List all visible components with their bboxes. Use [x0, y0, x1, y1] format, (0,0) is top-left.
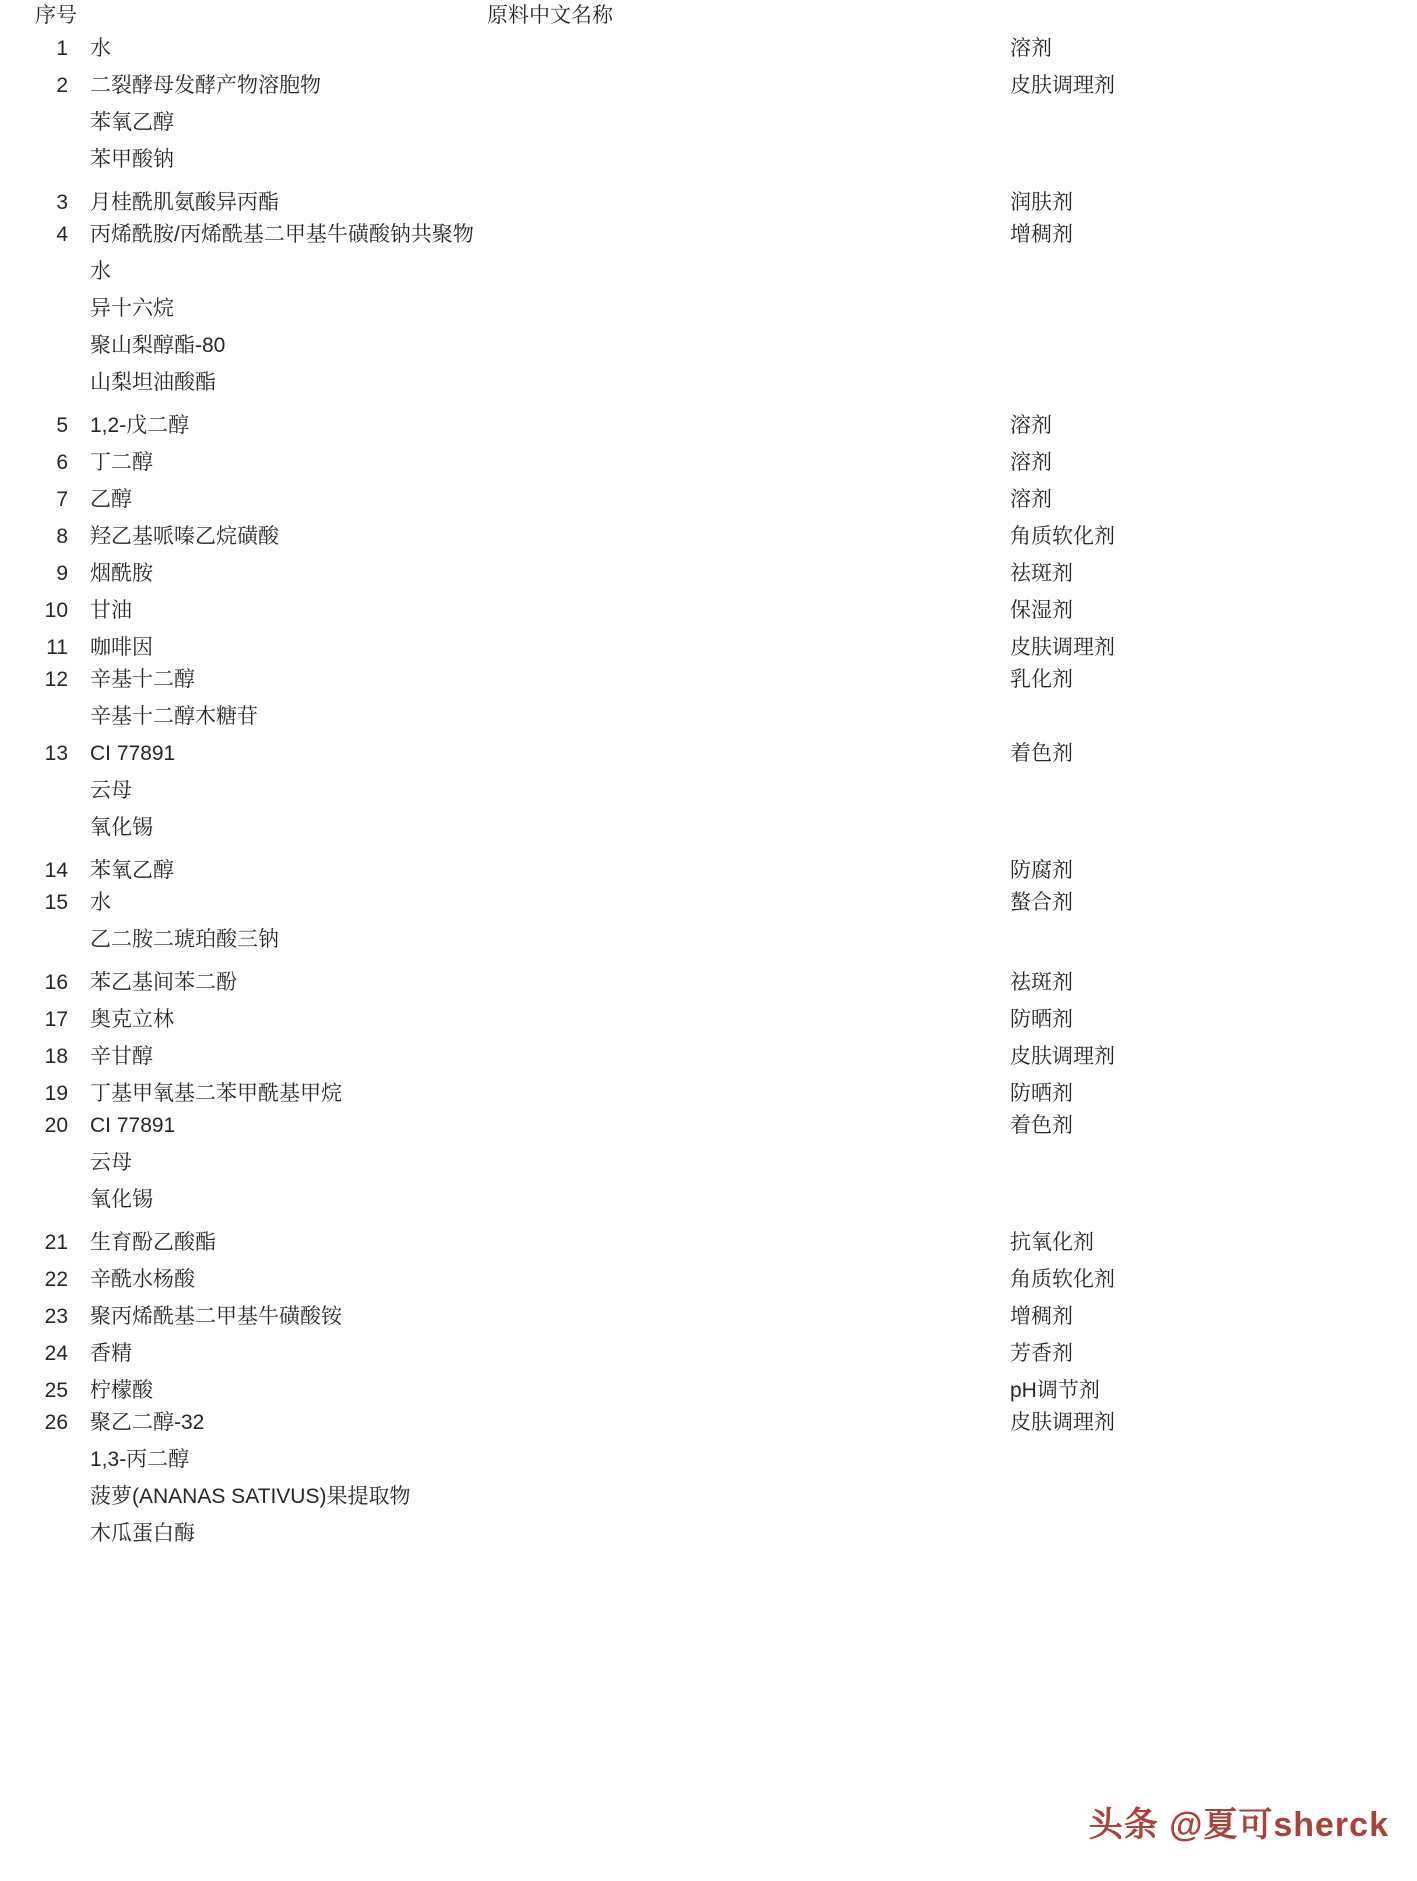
table-row: 8 羟乙基哌嗪乙烷磺酸 角质软化剂 — [0, 525, 1417, 549]
row-index — [0, 928, 68, 952]
table-row: 6 丁二醇 溶剂 — [0, 451, 1417, 475]
row-index: 18 — [0, 1045, 68, 1069]
ingredient-list-page: 序号 原料中文名称 1 水 溶剂 2 二裂酵母发酵产物溶胞物 皮肤调理剂 苯氧乙… — [0, 0, 1417, 1881]
ingredient-name: 苯甲酸钠 — [68, 148, 1010, 172]
function-label — [1010, 111, 1417, 135]
table-row: 山梨坦油酸酯 — [0, 371, 1417, 395]
function-label: 抗氧化剂 — [1010, 1231, 1417, 1255]
row-index — [0, 1188, 68, 1212]
table-row: 氧化锡 — [0, 816, 1417, 840]
table-row: 3 月桂酰肌氨酸异丙酯 润肤剂 — [0, 191, 1417, 215]
ingredient-name: CI 77891 — [68, 742, 1010, 766]
ingredient-name: 木瓜蛋白酶 — [68, 1522, 1010, 1546]
row-index — [0, 371, 68, 395]
ingredient-name: 甘油 — [68, 599, 1010, 623]
table-row: 乙二胺二琥珀酸三钠 — [0, 928, 1417, 952]
function-label: 溶剂 — [1010, 488, 1417, 512]
ingredient-name: 二裂酵母发酵产物溶胞物 — [68, 74, 1010, 98]
table-row: 14 苯氧乙醇 防腐剂 — [0, 859, 1417, 883]
function-label: 着色剂 — [1010, 742, 1417, 766]
row-index: 25 — [0, 1379, 68, 1403]
ingredient-name: 云母 — [68, 1151, 1010, 1175]
table-row: 辛基十二醇木糖苷 — [0, 705, 1417, 729]
row-index: 26 — [0, 1411, 68, 1435]
row-index: 5 — [0, 414, 68, 438]
ingredient-name: 乙醇 — [68, 488, 1010, 512]
ingredient-name: 云母 — [68, 779, 1010, 803]
row-index: 7 — [0, 488, 68, 512]
function-label: 祛斑剂 — [1010, 971, 1417, 995]
table-row: 水 — [0, 260, 1417, 284]
ingredient-name: 奥克立林 — [68, 1008, 1010, 1032]
row-index — [0, 1485, 68, 1509]
function-label: 溶剂 — [1010, 414, 1417, 438]
function-label — [1010, 1485, 1417, 1509]
ingredient-name: 烟酰胺 — [68, 562, 1010, 586]
table-row: 5 1,2-戊二醇 溶剂 — [0, 414, 1417, 438]
function-label: 乳化剂 — [1010, 668, 1417, 692]
table-row: 20 CI 77891 着色剂 — [0, 1114, 1417, 1138]
row-index — [0, 334, 68, 358]
function-label: 增稠剂 — [1010, 1305, 1417, 1329]
ingredient-name: 氧化锡 — [68, 1188, 1010, 1212]
function-label: 螯合剂 — [1010, 891, 1417, 915]
table-row: 16 苯乙基间苯二酚 祛斑剂 — [0, 971, 1417, 995]
table-row: 25 柠檬酸 pH调节剂 — [0, 1379, 1417, 1403]
row-index — [0, 779, 68, 803]
function-label: 皮肤调理剂 — [1010, 636, 1417, 660]
function-label: 芳香剂 — [1010, 1342, 1417, 1366]
table-row: 24 香精 芳香剂 — [0, 1342, 1417, 1366]
table-row: 19 丁基甲氧基二苯甲酰基甲烷 防晒剂 — [0, 1082, 1417, 1106]
table-row: 22 辛酰水杨酸 角质软化剂 — [0, 1268, 1417, 1292]
ingredient-name: CI 77891 — [68, 1114, 1010, 1138]
table-row: 苯氧乙醇 — [0, 111, 1417, 135]
row-index: 1 — [0, 37, 68, 61]
row-index — [0, 260, 68, 284]
ingredient-name: 乙二胺二琥珀酸三钠 — [68, 928, 1010, 952]
table-row: 12 辛基十二醇 乳化剂 — [0, 668, 1417, 692]
row-index: 4 — [0, 223, 68, 247]
table-row: 菠萝(ANANAS SATIVUS)果提取物 — [0, 1485, 1417, 1509]
table-row: 异十六烷 — [0, 297, 1417, 321]
ingredient-name: 咖啡因 — [68, 636, 1010, 660]
table-row: 23 聚丙烯酰基二甲基牛磺酸铵 增稠剂 — [0, 1305, 1417, 1329]
function-label — [1010, 371, 1417, 395]
function-label: 皮肤调理剂 — [1010, 1411, 1417, 1435]
row-index: 9 — [0, 562, 68, 586]
function-label: 皮肤调理剂 — [1010, 1045, 1417, 1069]
function-label — [1010, 260, 1417, 284]
ingredient-name: 丁二醇 — [68, 451, 1010, 475]
function-label: 皮肤调理剂 — [1010, 74, 1417, 98]
function-label: 角质软化剂 — [1010, 1268, 1417, 1292]
ingredient-name: 氧化锡 — [68, 816, 1010, 840]
function-label — [1010, 705, 1417, 729]
row-index — [0, 1448, 68, 1472]
ingredient-name: 柠檬酸 — [68, 1379, 1010, 1403]
row-index: 22 — [0, 1268, 68, 1292]
ingredient-name: 丁基甲氧基二苯甲酰基甲烷 — [68, 1082, 1010, 1106]
function-label: 保湿剂 — [1010, 599, 1417, 623]
function-label: 防腐剂 — [1010, 859, 1417, 883]
row-index — [0, 816, 68, 840]
table-row: 21 生育酚乙酸酯 抗氧化剂 — [0, 1231, 1417, 1255]
function-label — [1010, 1151, 1417, 1175]
row-index: 10 — [0, 599, 68, 623]
table-row: 1,3-丙二醇 — [0, 1448, 1417, 1472]
function-label: 祛斑剂 — [1010, 562, 1417, 586]
table-row: 聚山梨醇酯-80 — [0, 334, 1417, 358]
table-row: 1 水 溶剂 — [0, 37, 1417, 61]
function-label — [1010, 1448, 1417, 1472]
ingredient-name: 辛基十二醇木糖苷 — [68, 705, 1010, 729]
row-index: 11 — [0, 636, 68, 660]
row-index: 6 — [0, 451, 68, 475]
table-row: 18 辛甘醇 皮肤调理剂 — [0, 1045, 1417, 1069]
function-label: 润肤剂 — [1010, 191, 1417, 215]
table-row: 11 咖啡因 皮肤调理剂 — [0, 636, 1417, 660]
ingredient-name: 辛酰水杨酸 — [68, 1268, 1010, 1292]
toutiao-watermark: 头条 @夏可sherck — [1089, 1797, 1389, 1846]
table-row: 云母 — [0, 779, 1417, 803]
table-row: 苯甲酸钠 — [0, 148, 1417, 172]
function-label — [1010, 334, 1417, 358]
row-index — [0, 1522, 68, 1546]
ingredient-name: 山梨坦油酸酯 — [68, 371, 1010, 395]
function-label: 角质软化剂 — [1010, 525, 1417, 549]
ingredient-table-body: 1 水 溶剂 2 二裂酵母发酵产物溶胞物 皮肤调理剂 苯氧乙醇 苯甲酸钠 3 月… — [0, 37, 1417, 1546]
row-index — [0, 297, 68, 321]
ingredient-name: 生育酚乙酸酯 — [68, 1231, 1010, 1255]
ingredient-name: 香精 — [68, 1342, 1010, 1366]
ingredient-name: 羟乙基哌嗪乙烷磺酸 — [68, 525, 1010, 549]
row-index — [0, 1151, 68, 1175]
function-label: 防晒剂 — [1010, 1008, 1417, 1032]
function-label — [1010, 1522, 1417, 1546]
table-header-row: 序号 原料中文名称 — [0, 0, 1417, 28]
ingredient-name: 菠萝(ANANAS SATIVUS)果提取物 — [68, 1485, 1010, 1509]
row-index — [0, 111, 68, 135]
ingredient-name: 1,3-丙二醇 — [68, 1448, 1010, 1472]
row-index — [0, 705, 68, 729]
table-row: 4 丙烯酰胺/丙烯酰基二甲基牛磺酸钠共聚物 增稠剂 — [0, 223, 1417, 247]
row-index — [0, 148, 68, 172]
row-index: 16 — [0, 971, 68, 995]
col-header-index: 序号 — [35, 4, 77, 28]
table-row: 2 二裂酵母发酵产物溶胞物 皮肤调理剂 — [0, 74, 1417, 98]
row-index: 21 — [0, 1231, 68, 1255]
row-index: 15 — [0, 891, 68, 915]
table-row: 木瓜蛋白酶 — [0, 1522, 1417, 1546]
table-row: 氧化锡 — [0, 1188, 1417, 1212]
row-index: 19 — [0, 1082, 68, 1106]
ingredient-name: 苯氧乙醇 — [68, 859, 1010, 883]
function-label — [1010, 297, 1417, 321]
row-index: 17 — [0, 1008, 68, 1032]
row-index: 14 — [0, 859, 68, 883]
ingredient-name: 苯乙基间苯二酚 — [68, 971, 1010, 995]
ingredient-name: 月桂酰肌氨酸异丙酯 — [68, 191, 1010, 215]
row-index: 20 — [0, 1114, 68, 1138]
ingredient-name: 聚丙烯酰基二甲基牛磺酸铵 — [68, 1305, 1010, 1329]
table-row: 云母 — [0, 1151, 1417, 1175]
function-label — [1010, 148, 1417, 172]
row-index: 12 — [0, 668, 68, 692]
ingredient-name: 1,2-戊二醇 — [68, 414, 1010, 438]
table-row: 15 水 螯合剂 — [0, 891, 1417, 915]
function-label: 着色剂 — [1010, 1114, 1417, 1138]
col-header-ingredient-name: 原料中文名称 — [90, 4, 1010, 28]
row-index: 23 — [0, 1305, 68, 1329]
ingredient-name: 异十六烷 — [68, 297, 1010, 321]
table-row: 26 聚乙二醇-32 皮肤调理剂 — [0, 1411, 1417, 1435]
function-label: pH调节剂 — [1010, 1379, 1417, 1403]
ingredient-name: 聚山梨醇酯-80 — [68, 334, 1010, 358]
table-row: 17 奥克立林 防晒剂 — [0, 1008, 1417, 1032]
row-index: 24 — [0, 1342, 68, 1366]
function-label: 溶剂 — [1010, 451, 1417, 475]
ingredient-name: 辛甘醇 — [68, 1045, 1010, 1069]
row-index: 2 — [0, 74, 68, 98]
row-index: 8 — [0, 525, 68, 549]
table-row: 9 烟酰胺 祛斑剂 — [0, 562, 1417, 586]
function-label — [1010, 1188, 1417, 1212]
ingredient-name: 辛基十二醇 — [68, 668, 1010, 692]
row-index: 3 — [0, 191, 68, 215]
table-row: 7 乙醇 溶剂 — [0, 488, 1417, 512]
function-label — [1010, 779, 1417, 803]
ingredient-name: 聚乙二醇-32 — [68, 1411, 1010, 1435]
ingredient-name: 水 — [68, 260, 1010, 284]
function-label: 防晒剂 — [1010, 1082, 1417, 1106]
function-label — [1010, 928, 1417, 952]
function-label: 增稠剂 — [1010, 223, 1417, 247]
ingredient-name: 水 — [68, 891, 1010, 915]
ingredient-name: 水 — [68, 37, 1010, 61]
table-row: 10 甘油 保湿剂 — [0, 599, 1417, 623]
table-row: 13 CI 77891 着色剂 — [0, 742, 1417, 766]
function-label — [1010, 816, 1417, 840]
function-label: 溶剂 — [1010, 37, 1417, 61]
ingredient-name: 苯氧乙醇 — [68, 111, 1010, 135]
row-index: 13 — [0, 742, 68, 766]
ingredient-name: 丙烯酰胺/丙烯酰基二甲基牛磺酸钠共聚物 — [68, 223, 1010, 247]
